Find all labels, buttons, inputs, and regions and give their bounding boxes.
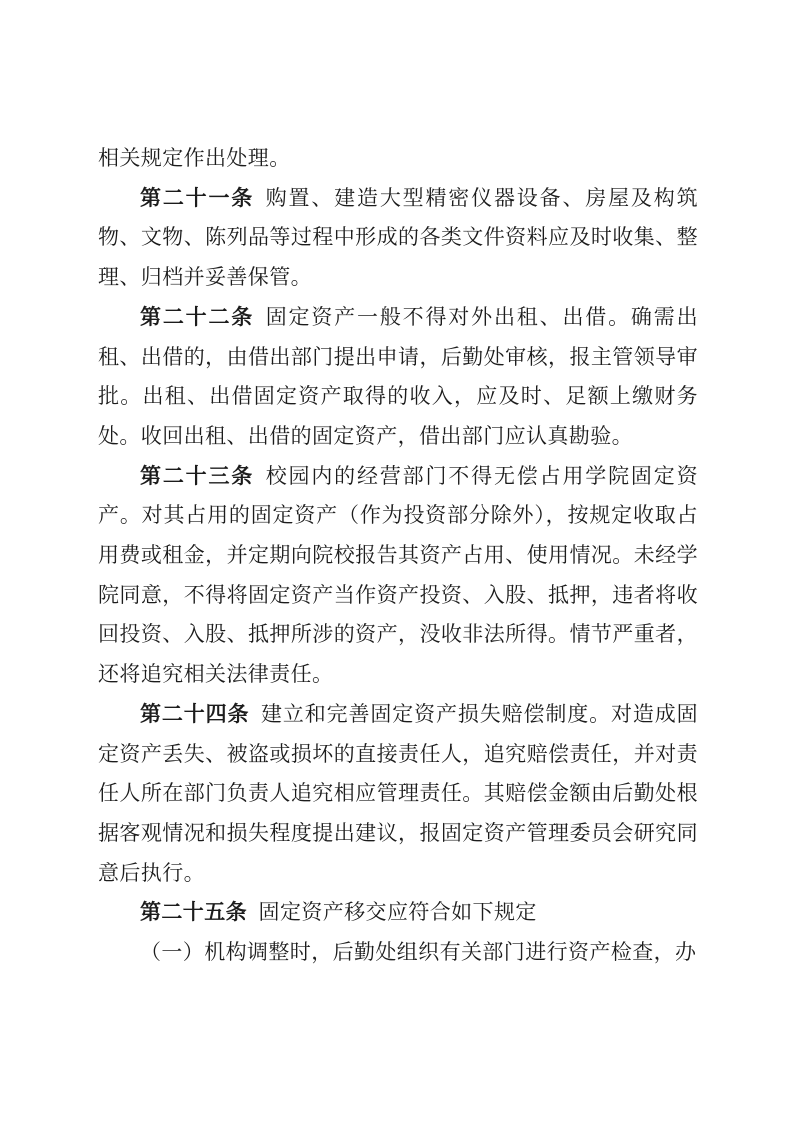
paragraph: 第二十三条校园内的经营部门不得无偿占用学院固定资产。对其占用的固定资产（作为投资…	[98, 457, 698, 695]
article-number: 第二十三条	[140, 465, 254, 488]
article-number: 第二十五条	[140, 901, 247, 924]
paragraph: 第二十四条建立和完善固定资产损失赔偿制度。对造成固定资产丢失、被盗或损坏的直接责…	[98, 695, 698, 894]
paragraph-text: 校园内的经营部门不得无偿占用学院固定资产。对其占用的固定资产（作为投资部分除外）…	[98, 464, 698, 687]
paragraph-text: （一）机构调整时，后勤处组织有关部门进行资产检查，办	[140, 940, 696, 964]
paragraph-text: 固定资产移交应符合如下规定	[259, 900, 537, 924]
document-page: 相关规定作出处理。 第二十一条购置、建造大型精密仪器设备、房屋及构筑物、文物、陈…	[0, 0, 793, 1122]
paragraph-text: 相关规定作出处理。	[98, 146, 291, 170]
document-body: 相关规定作出处理。 第二十一条购置、建造大型精密仪器设备、房屋及构筑物、文物、陈…	[98, 139, 698, 973]
paragraph-text: 建立和完善固定资产损失赔偿制度。对造成固定资产丢失、被盗或损坏的直接责任人，追究…	[98, 702, 698, 885]
article-number: 第二十一条	[140, 187, 254, 210]
paragraph: 第二十二条固定资产一般不得对外出租、出借。确需出租、出借的，由借出部门提出申请，…	[98, 298, 698, 457]
paragraph: （一）机构调整时，后勤处组织有关部门进行资产检查，办	[98, 933, 698, 973]
paragraph: 第二十一条购置、建造大型精密仪器设备、房屋及构筑物、文物、陈列品等过程中形成的各…	[98, 179, 698, 298]
paragraph: 第二十五条固定资产移交应符合如下规定	[98, 893, 698, 933]
article-number: 第二十二条	[140, 306, 254, 329]
article-number: 第二十四条	[140, 703, 249, 726]
paragraph: 相关规定作出处理。	[98, 139, 698, 179]
